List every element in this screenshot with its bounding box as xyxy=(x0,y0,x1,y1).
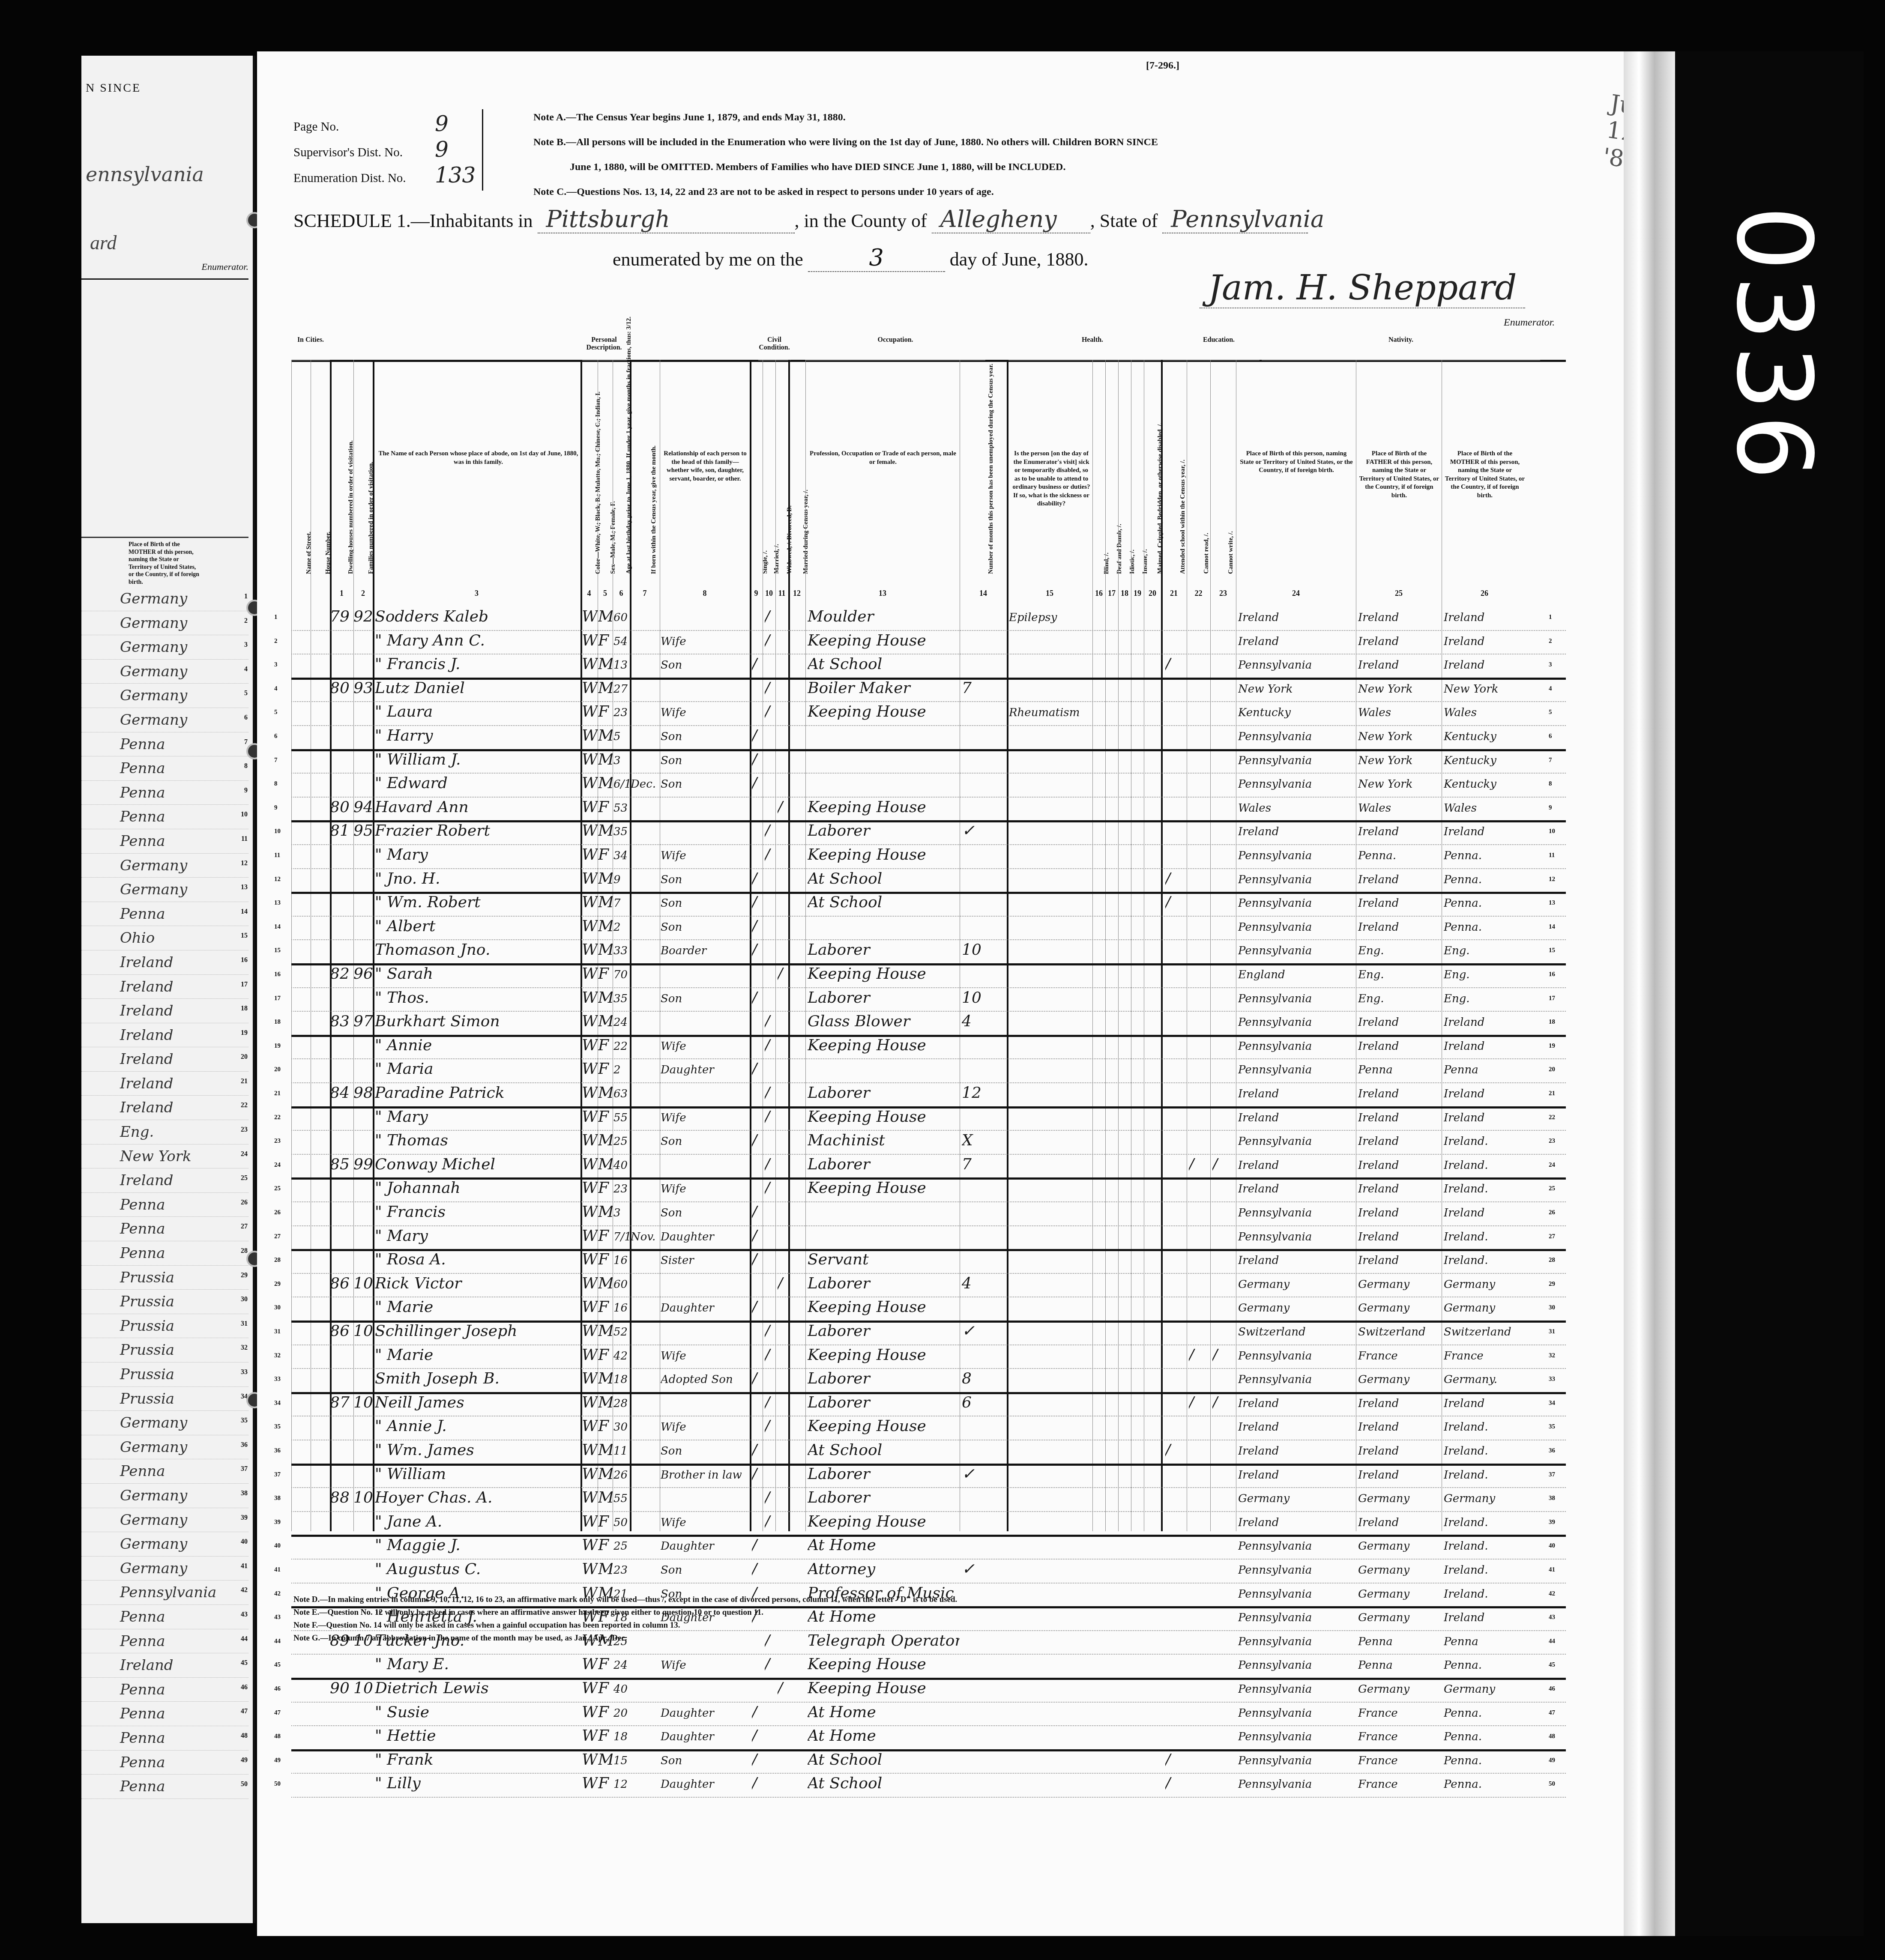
cell-write: / xyxy=(1212,1346,1236,1364)
previous-page-line-number: 33 xyxy=(241,1368,248,1376)
cell-widowed: / xyxy=(778,1679,788,1697)
cell-age: 18 xyxy=(613,1730,630,1743)
cell-dwelling: 86 xyxy=(330,1275,353,1292)
previous-page-line-number: 37 xyxy=(241,1465,248,1473)
cell-occupation: Machinist xyxy=(808,1132,960,1149)
cell-mother: Ireland. xyxy=(1444,1469,1527,1482)
previous-page-line-number: 19 xyxy=(241,1029,248,1037)
cell-name: " Mary xyxy=(375,1108,580,1126)
cell-birth: Germany xyxy=(1238,1278,1356,1291)
cell-father: Penna xyxy=(1358,1659,1442,1672)
cell-sex: M xyxy=(598,727,613,744)
cell-dwelling: 85 xyxy=(330,1156,353,1173)
cell-occupation: Laborer xyxy=(808,1156,960,1173)
cell-birth: Pennsylvania xyxy=(1238,1754,1356,1767)
cell-married: / xyxy=(765,703,775,720)
cell-father: Ireland xyxy=(1358,1135,1442,1148)
column-header-label: If born within the Census year, give the… xyxy=(650,445,658,574)
previous-page-mother-birthplace: Prussia xyxy=(120,1342,174,1359)
cell-family: 94 xyxy=(353,798,373,816)
cell-birth: Pennsylvania xyxy=(1238,1778,1356,1791)
cell-write: / xyxy=(1212,1394,1236,1411)
cell-sex: M xyxy=(598,679,613,697)
cell-occupation: At School xyxy=(808,1751,960,1769)
cell-father: Germany xyxy=(1358,1492,1442,1505)
cell-mother: Penna xyxy=(1444,1064,1527,1076)
cell-occupation: Attorney xyxy=(808,1560,960,1578)
header-notes: Note A.—The Census Year begins June 1, 1… xyxy=(533,105,1158,204)
table-row: 1717" Thos.WM35Son/Laborer10Pennsylvania… xyxy=(291,987,1566,1012)
previous-page-row: Penna43 xyxy=(81,1605,248,1629)
page-stack-edge xyxy=(1624,51,1675,1936)
cell-relation: Boarder xyxy=(661,944,750,957)
cell-father: Ireland xyxy=(1358,1183,1442,1195)
cell-age: 25 xyxy=(613,1540,630,1553)
cell-birth: Ireland xyxy=(1238,1469,1356,1482)
cell-age: 9 xyxy=(613,873,630,886)
table-row: 3333Smith Joseph B.WM18Adopted Son/Labor… xyxy=(291,1368,1566,1394)
cell-sex: M xyxy=(598,822,613,840)
cell-sex: M xyxy=(598,1132,613,1149)
line-number: 22 xyxy=(274,1114,281,1121)
cell-color: W xyxy=(582,870,598,887)
cell-occupation: Keeping House xyxy=(808,1417,960,1435)
cell-relation: Son xyxy=(661,1445,750,1458)
table-row: 3535" Annie J.WF30Wife/Keeping HouseIrel… xyxy=(291,1416,1566,1440)
cell-father: Ireland xyxy=(1358,611,1442,624)
column-number: 13 xyxy=(805,589,960,598)
previous-page-rows: Germany1Germany2Germany3Germany4Germany5… xyxy=(81,587,248,1799)
cell-sex: M xyxy=(598,870,613,887)
frame-number: 0336 xyxy=(1696,206,1825,484)
cell-occupation: Laborer xyxy=(808,989,960,1007)
cell-father: Ireland xyxy=(1358,659,1442,672)
cell-married: / xyxy=(765,822,775,840)
line-number: 22 xyxy=(1549,1114,1555,1121)
cell-occupation: Keeping House xyxy=(808,1037,960,1054)
line-number: 27 xyxy=(1549,1233,1555,1240)
cell-age: 16 xyxy=(613,1254,630,1267)
cell-unemployed: X xyxy=(962,1132,1005,1149)
cell-name: " Mary E. xyxy=(375,1655,580,1673)
previous-page-mother-birthplace: Germany xyxy=(120,615,187,632)
note-g: Note G.—In column 7 an abbreviation in t… xyxy=(293,1632,957,1645)
cell-birth: Ireland xyxy=(1238,1516,1356,1529)
cell-mother: Ireland. xyxy=(1444,1135,1527,1148)
previous-page-fragment: N SINCE ennsylvania ard Enumerator. Plac… xyxy=(81,56,255,1923)
cell-name: Thomason Jno. xyxy=(375,941,580,959)
cell-name: " Annie xyxy=(375,1037,580,1054)
line-number: 18 xyxy=(1549,1019,1555,1026)
previous-page-mother-birthplace: Ireland xyxy=(120,1051,174,1068)
line-number: 37 xyxy=(1549,1471,1555,1479)
cell-relation: Daughter xyxy=(661,1730,750,1743)
cell-occupation: Moulder xyxy=(808,608,960,625)
cell-relation: Daughter xyxy=(661,1540,750,1553)
cell-relation: Son xyxy=(661,873,750,886)
cell-sex: F xyxy=(598,1179,613,1197)
previous-page-row: Ireland22 xyxy=(81,1096,248,1120)
column-header-7: Sex—Male, M.; Female, F. xyxy=(598,360,613,583)
cell-sex: F xyxy=(598,1513,613,1530)
cell-relation: Wife xyxy=(661,849,750,862)
cell-sex: F xyxy=(598,1775,613,1792)
cell-color: W xyxy=(582,1727,598,1745)
cell-age: 7 xyxy=(613,897,630,910)
column-header-label: Attended school within the Census year, … xyxy=(1179,460,1187,574)
cell-occupation: Keeping House xyxy=(808,1298,960,1316)
cell-relation: Son xyxy=(661,754,750,767)
table-row: 998094Havard AnnWF53/Keeping HouseWalesW… xyxy=(291,797,1566,823)
cell-father: Germany xyxy=(1358,1278,1442,1291)
cell-relation: Son xyxy=(661,1564,750,1577)
cell-mother: Penna. xyxy=(1444,1730,1527,1743)
previous-page-mother-birthplace: Germany xyxy=(120,1536,187,1553)
previous-page-line-number: 29 xyxy=(241,1272,248,1279)
cell-occupation: Keeping House xyxy=(808,965,960,983)
cell-mother: Ireland. xyxy=(1444,1564,1527,1577)
cell-unemployed: 7 xyxy=(962,679,1005,697)
cell-name: Rick Victor xyxy=(375,1275,580,1292)
cell-color: W xyxy=(582,632,598,649)
line-number: 6 xyxy=(274,733,278,740)
line-number: 28 xyxy=(274,1257,281,1264)
cell-name: Hoyer Chas. A. xyxy=(375,1489,580,1506)
cell-birth: Pennsylvania xyxy=(1238,1373,1356,1386)
cell-birth: Ireland xyxy=(1238,635,1356,648)
cell-relation: Brother in law xyxy=(661,1469,750,1482)
cell-sex: F xyxy=(598,1298,613,1316)
cell-name: Burkhart Simon xyxy=(375,1013,580,1030)
line-number: 50 xyxy=(274,1781,281,1788)
cell-school: / xyxy=(1165,870,1187,887)
table-row: 1111" MaryWF34Wife/Keeping HousePennsylv… xyxy=(291,844,1566,869)
previous-page-line-number: 12 xyxy=(241,860,248,867)
previous-page-line-number: 32 xyxy=(241,1344,248,1352)
cell-married: / xyxy=(765,846,775,863)
cell-sex: F xyxy=(598,1679,613,1697)
cell-single: / xyxy=(752,1465,763,1483)
cell-sex: F xyxy=(598,1655,613,1673)
day-field: 3 xyxy=(808,244,945,272)
previous-page-row: Germany35 xyxy=(81,1411,248,1435)
cell-father: Germany xyxy=(1358,1588,1442,1601)
cell-family: 97 xyxy=(353,1013,373,1030)
cell-color: W xyxy=(582,751,598,768)
schedule-line: SCHEDULE 1.—Inhabitants in Pittsburgh, i… xyxy=(293,206,1308,233)
cell-family: 101 xyxy=(353,1322,373,1340)
column-number: 15 xyxy=(1007,589,1092,598)
column-number: 2 xyxy=(353,589,373,598)
cell-sickness: Rheumatism xyxy=(1009,706,1092,719)
cell-father: Ireland xyxy=(1358,1469,1442,1482)
column-number: 23 xyxy=(1210,589,1236,598)
column-number: 19 xyxy=(1131,589,1144,598)
previous-page-mother-birthplace: Penna xyxy=(120,1633,165,1650)
previous-page-line-number: 49 xyxy=(241,1757,248,1764)
previous-page-line-number: 30 xyxy=(241,1296,248,1303)
cell-age: 23 xyxy=(613,706,630,719)
previous-page-line-number: 45 xyxy=(241,1659,248,1667)
cell-name: " Johannah xyxy=(375,1179,580,1197)
cell-single: / xyxy=(752,1775,763,1792)
line-number: 3 xyxy=(274,661,278,669)
cell-birth: Pennsylvania xyxy=(1238,1683,1356,1696)
previous-page-line-number: 46 xyxy=(241,1684,248,1691)
cell-single: / xyxy=(752,1727,763,1745)
cell-unemployed: 8 xyxy=(962,1370,1005,1387)
line-number: 44 xyxy=(1549,1638,1555,1645)
previous-page-line-number: 17 xyxy=(241,981,248,989)
cell-color: W xyxy=(582,1417,598,1435)
cell-father: France xyxy=(1358,1730,1442,1743)
line-number: 37 xyxy=(274,1471,281,1479)
table-row: 1919" AnnieWF22Wife/Keeping HousePennsyl… xyxy=(291,1035,1566,1060)
previous-page-line-number: 41 xyxy=(241,1563,248,1570)
previous-page-mother-birthplace: Germany xyxy=(120,1439,187,1456)
previous-page-row: Prussia34 xyxy=(81,1387,248,1411)
cell-family: 92 xyxy=(353,608,373,625)
column-header-label: Is the person [on the day of the Enumera… xyxy=(1011,450,1092,508)
previous-page-mother-birthplace: Ireland xyxy=(120,1172,174,1189)
cell-father: Penna. xyxy=(1358,849,1442,862)
cell-relation: Son xyxy=(661,1207,750,1219)
table-row: 2626" FrancisWM3Son/PennsylvaniaIrelandI… xyxy=(291,1201,1566,1226)
cell-occupation: Keeping House xyxy=(808,1108,960,1126)
column-header-label: Place of Birth of this person, naming St… xyxy=(1239,450,1354,475)
cell-birth: Pennsylvania xyxy=(1238,730,1356,743)
cell-occupation: Laborer xyxy=(808,1275,960,1292)
line-number: 34 xyxy=(274,1400,281,1407)
previous-page-mother-birthplace: Penna xyxy=(120,736,165,753)
cell-birth: Ireland xyxy=(1238,611,1356,624)
group-personal: Personal Description. xyxy=(580,336,628,361)
previous-page-line-number: 35 xyxy=(241,1417,248,1425)
cell-unemployed: 10 xyxy=(962,941,1005,959)
cell-color: W xyxy=(582,608,598,625)
cell-father: New York xyxy=(1358,778,1442,791)
cell-age: 50 xyxy=(613,1516,630,1529)
cell-color: W xyxy=(582,846,598,863)
previous-page-line-number: 4 xyxy=(244,666,248,673)
column-header-label: Cannot read, /. xyxy=(1203,533,1210,574)
group-in-cities: In Cities. xyxy=(291,336,330,361)
cell-name: " Harry xyxy=(375,727,580,744)
cell-unemployed: 6 xyxy=(962,1394,1005,1411)
line-number: 4 xyxy=(274,685,278,693)
cell-read: / xyxy=(1189,1156,1210,1173)
previous-page-mother-birthplace: Germany xyxy=(120,639,187,656)
cell-married: / xyxy=(765,1322,775,1340)
previous-page-line-number: 23 xyxy=(241,1126,248,1134)
cell-birth: Ireland xyxy=(1238,1421,1356,1434)
cell-father: Ireland xyxy=(1358,1111,1442,1124)
enumeration-value: 133 xyxy=(435,163,476,188)
cell-married: / xyxy=(765,1013,775,1030)
line-number: 7 xyxy=(274,757,278,764)
previous-page-line-number: 28 xyxy=(241,1247,248,1255)
cell-age: 11 xyxy=(613,1445,630,1458)
cell-sex: F xyxy=(598,1703,613,1721)
group-occupation: Occupation. xyxy=(805,336,985,361)
cell-sex: M xyxy=(598,989,613,1007)
cell-birth: England xyxy=(1238,968,1356,981)
cell-father: Germany xyxy=(1358,1564,1442,1577)
cell-color: W xyxy=(582,917,598,935)
cell-occupation: Boiler Maker xyxy=(808,679,960,697)
line-number: 2 xyxy=(1549,638,1552,645)
line-number: 17 xyxy=(274,995,281,1002)
column-number: 12 xyxy=(788,589,805,598)
cell-age: 63 xyxy=(613,1088,630,1100)
cell-color: W xyxy=(582,1108,598,1126)
cell-occupation: Laborer xyxy=(808,1322,960,1340)
cell-father: Ireland xyxy=(1358,1445,1442,1458)
previous-page-mother-birthplace: Prussia xyxy=(120,1366,174,1383)
cell-color: W xyxy=(582,1322,598,1340)
cell-mother: Switzerland xyxy=(1444,1326,1527,1339)
table-row: 5050" LillyWF12Daughter/At School/Pennsy… xyxy=(291,1773,1566,1798)
cell-occupation: Keeping House xyxy=(808,1655,960,1673)
group-civil: Civil Condition. xyxy=(758,336,790,361)
cell-father: Eng. xyxy=(1358,992,1442,1005)
line-number: 49 xyxy=(274,1757,281,1764)
cell-name: " William xyxy=(375,1465,580,1483)
line-number: 30 xyxy=(274,1304,281,1312)
previous-page-mother-birthplace: Germany xyxy=(120,663,187,680)
cell-occupation: Keeping House xyxy=(808,703,960,720)
column-header-11: Single, /. xyxy=(750,360,764,583)
bracket xyxy=(478,109,483,191)
previous-page-row: Ireland16 xyxy=(81,950,248,975)
cell-color: W xyxy=(582,1060,598,1078)
enumeration-date-line: enumerated by me on the 3 day of June, 1… xyxy=(613,244,1089,272)
cell-read: / xyxy=(1189,1346,1210,1364)
cell-mother: Ireland xyxy=(1444,1611,1527,1624)
cell-name: " Sarah xyxy=(375,965,580,983)
cell-father: Ireland xyxy=(1358,1040,1442,1053)
cell-age: 18 xyxy=(613,1373,630,1386)
previous-page-mother-birthplace: Germany xyxy=(120,857,187,874)
cell-age: 13 xyxy=(613,659,630,672)
previous-page-line-number: 44 xyxy=(241,1635,248,1643)
previous-page-row: Penna49 xyxy=(81,1751,248,1775)
line-number: 20 xyxy=(274,1066,281,1073)
line-number: 24 xyxy=(274,1162,281,1169)
previous-page-row: Germany3 xyxy=(81,635,248,660)
cell-age: 54 xyxy=(613,635,630,648)
previous-page-line-number: 10 xyxy=(241,811,248,819)
previous-page-mother-birthplace: Pennsylvania xyxy=(120,1584,216,1601)
line-number: 23 xyxy=(274,1138,281,1145)
line-number: 28 xyxy=(1549,1257,1555,1264)
cell-occupation: At School xyxy=(808,1441,960,1459)
cell-occupation: Keeping House xyxy=(808,1179,960,1197)
table-row: 4545" Mary E.WF24Wife/Keeping HousePenns… xyxy=(291,1654,1566,1680)
previous-page-mother-birthplace: Penna xyxy=(120,1754,165,1771)
column-number: 3 xyxy=(373,589,580,598)
cell-sex: M xyxy=(598,1394,613,1411)
enumerator-signature: Jam. H. Sheppard xyxy=(1200,268,1525,308)
cell-name: Paradine Patrick xyxy=(375,1084,580,1102)
cell-mother: Ireland. xyxy=(1444,1231,1527,1243)
previous-page-mother-birthplace: Germany xyxy=(120,711,187,729)
schedule-label: SCHEDULE 1.—Inhabitants in xyxy=(293,210,533,231)
cell-relation: Wife xyxy=(661,635,750,648)
cell-mother: Ireland xyxy=(1444,1016,1527,1029)
cell-color: W xyxy=(582,1275,598,1292)
cell-relation: Son xyxy=(661,1135,750,1148)
line-number: 45 xyxy=(1549,1661,1555,1669)
place-field: Pittsburgh xyxy=(538,206,795,233)
column-header-15: Profession, Occupation or Trade of each … xyxy=(805,360,960,583)
cell-relation: Wife xyxy=(661,1421,750,1434)
cell-father: France xyxy=(1358,1778,1442,1791)
previous-page-mother-birthplace: Penna xyxy=(120,1220,165,1237)
previous-page-line-number: 5 xyxy=(244,690,248,697)
cell-single: / xyxy=(752,1441,763,1459)
previous-page-mother-birthplace: Penna xyxy=(120,1245,165,1262)
cell-name: Neill James xyxy=(375,1394,580,1411)
previous-page-mother-birthplace: Penna xyxy=(120,1463,165,1480)
line-number: 48 xyxy=(1549,1733,1555,1740)
cell-name: " Thomas xyxy=(375,1132,580,1149)
cell-color: W xyxy=(582,1013,598,1030)
cell-unemployed: 4 xyxy=(962,1013,1005,1030)
cell-family: 95 xyxy=(353,822,373,840)
cell-mother: Germany. xyxy=(1444,1373,1527,1386)
cell-birth: Wales xyxy=(1238,802,1356,815)
table-row: 33" Francis J.WM13Son/At School/Pennsylv… xyxy=(291,654,1566,680)
previous-page-row: Germany40 xyxy=(81,1532,248,1557)
cell-relation: Daughter xyxy=(661,1231,750,1243)
line-number: 39 xyxy=(1549,1519,1555,1526)
cell-birth: Pennsylvania xyxy=(1238,1540,1356,1553)
cell-mother: Penna. xyxy=(1444,1707,1527,1720)
cell-color: W xyxy=(582,1775,598,1792)
cell-age: 60 xyxy=(613,1278,630,1291)
table-row: 3939" Jane A.WF50Wife/Keeping HouseIrela… xyxy=(291,1511,1566,1537)
cell-sex: M xyxy=(598,608,613,625)
cell-father: Switzerland xyxy=(1358,1326,1442,1339)
previous-page-row: Ireland25 xyxy=(81,1168,248,1193)
cell-dwelling: 80 xyxy=(330,798,353,816)
cell-relation: Wife xyxy=(661,706,750,719)
cell-single: / xyxy=(752,774,763,792)
cell-birth: Pennsylvania xyxy=(1238,849,1356,862)
cell-mother: Ireland. xyxy=(1444,1588,1527,1601)
table-row: 1414" AlbertWM2Son/PennsylvaniaIrelandPe… xyxy=(291,916,1566,941)
cell-age: 30 xyxy=(613,1421,630,1434)
cell-age: 55 xyxy=(613,1492,630,1505)
cell-color: W xyxy=(582,1679,598,1697)
previous-page-row: Penna47 xyxy=(81,1702,248,1726)
cell-family: 100 xyxy=(353,1275,373,1292)
cell-color: W xyxy=(582,1156,598,1173)
line-number: 23 xyxy=(1549,1138,1555,1145)
previous-page-row: Penna8 xyxy=(81,756,248,781)
cell-age: 28 xyxy=(613,1397,630,1410)
cell-color: W xyxy=(582,989,598,1007)
note-e: Note E.—Question No. 12 will only be ask… xyxy=(293,1606,957,1619)
table-row: 2222" MaryWF55Wife/Keeping HouseIrelandI… xyxy=(291,1106,1566,1131)
table-row: 117992Sodders KalebWM60/MoulderEpilepsyI… xyxy=(291,606,1566,631)
previous-page-line-number: 9 xyxy=(244,787,248,795)
cell-sex: M xyxy=(598,1203,613,1221)
cell-birth: Ireland xyxy=(1238,1445,1356,1458)
previous-page-line-number: 13 xyxy=(241,884,248,891)
cell-unemployed: ✓ xyxy=(962,1322,1005,1340)
